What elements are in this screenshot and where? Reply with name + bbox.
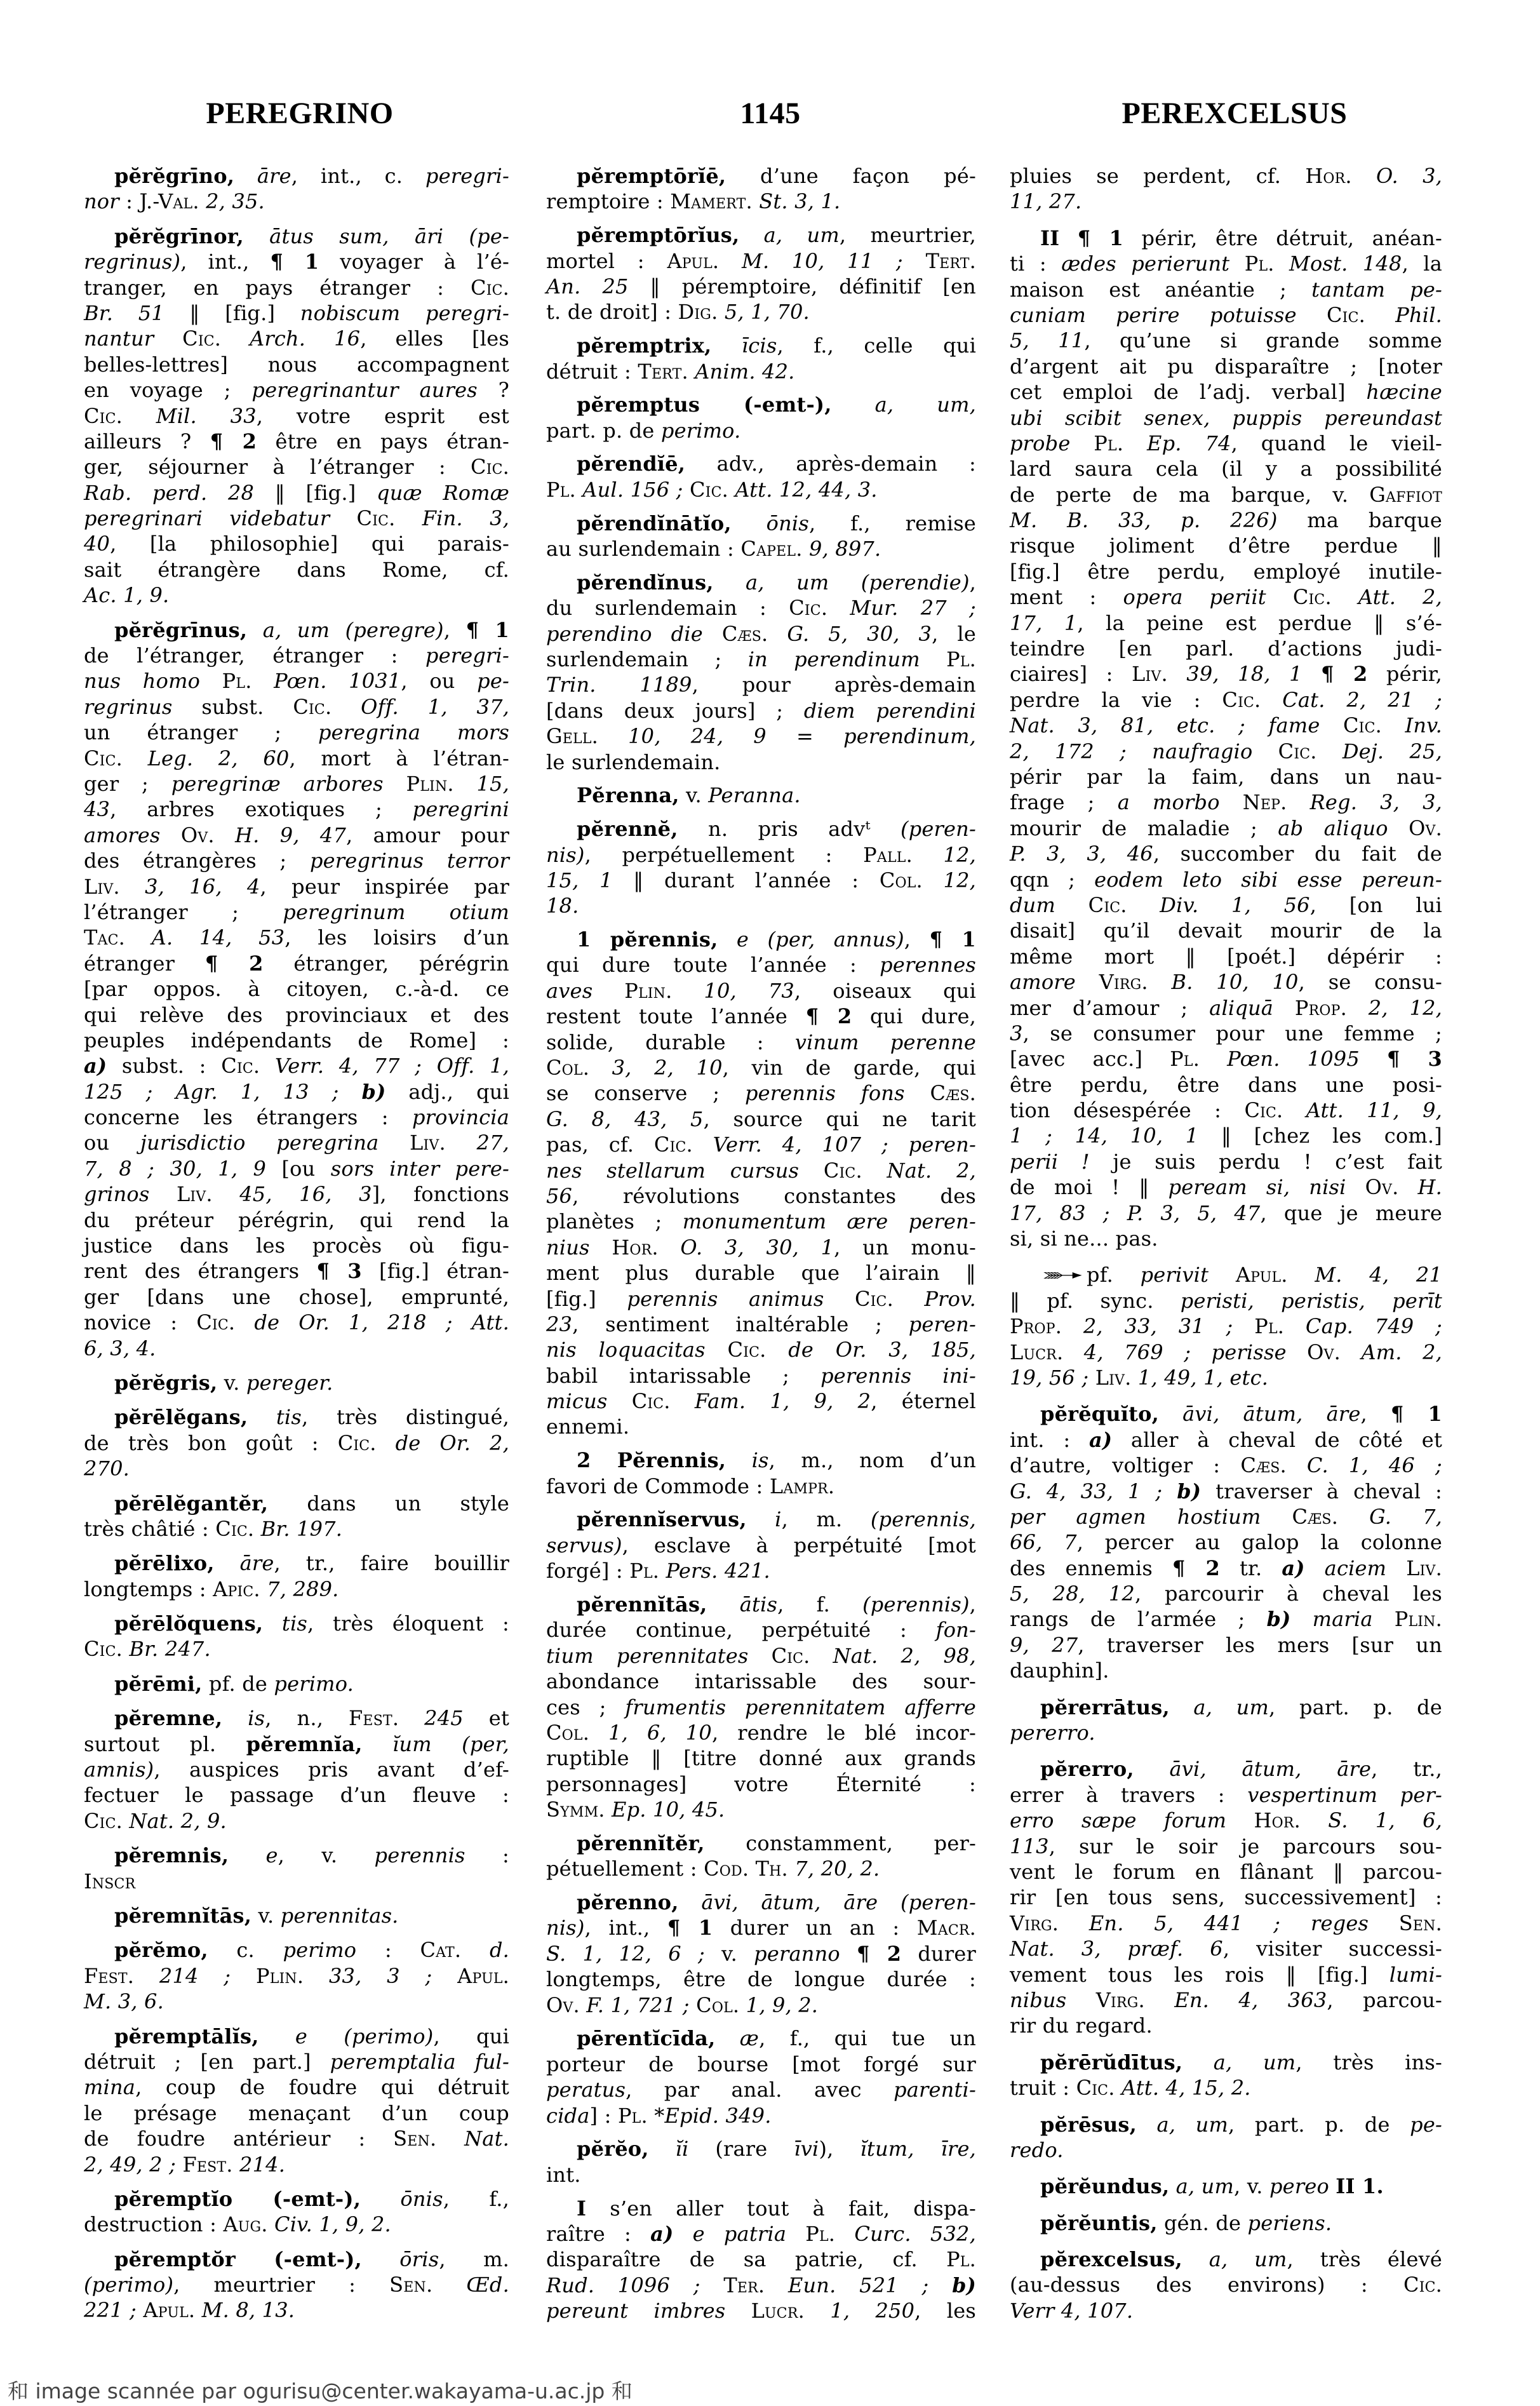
dictionary-entry: pĕrĕmo, c. perimo : Cat. d.Fest. 214 ; P… [84,1937,509,2014]
definition-text: , se consu- [1299,970,1442,994]
italic-text: 17, 1 [1010,611,1077,635]
entry-line: Rud. 1096 ; Ter. Eun. 521 ; b) [546,2273,976,2298]
author-abbreviation: Cic. [632,1389,671,1413]
italic-text: Mil. 33 [156,404,257,428]
author-abbreviation: Ov. [1409,816,1442,840]
author-abbreviation: Cic. [84,746,123,770]
headword: pĕremne, [114,1706,222,1730]
italic-text: quæ Romæ [377,481,509,505]
entry-line: nius Hor. O. 3, 30, 1, un monu- [546,1235,976,1260]
definition-text [707,1592,740,1616]
definition-text: , qu’une si grande somme [1084,328,1442,353]
entry-line: abondance intarissable des sour- [546,1669,976,1694]
entry-line: I s’en aller tout à fait, dispa- [546,2196,976,2221]
bold-marker: II 1. [1336,2174,1383,2198]
definition-text: , pour après-demain [692,673,976,697]
entry-line: 43, arbres exotiques ; peregrini [84,796,509,822]
author-abbreviation: Pl. [1094,431,1123,455]
italic-text: 2, 12, [1369,996,1442,1020]
definition-text: porteur de bourse [mot forgé sur [546,2052,976,2076]
entry-line: a) subst. : Cic. Verr. 4, 77 ; Off. 1, [84,1053,509,1079]
italic-text: ōnis [767,511,809,535]
entry-line: 18. [546,893,976,918]
author-abbreviation: Cic. [1293,585,1332,609]
definition-text [608,1389,632,1413]
entry-line: Pĕrenna, v. Peranna. [546,783,976,808]
entry-line: tranger, en pays étranger : Cic. [84,275,509,300]
definition-text: même mort ‖ [poét.] dépérir : [1010,944,1442,969]
italic-text: Verr. 4, 77 ; Off. 1, [275,1054,509,1078]
author-abbreviation: Plin. [1395,1607,1442,1631]
italic-text: En. 5, 441 ; reges [1089,1911,1369,1935]
headword: pĕrēlŏquens, [114,1611,263,1636]
italic-text: nibus [1010,1988,1066,2012]
definition-text [150,1182,177,1206]
definition-text [1365,303,1395,327]
entry-line: pĕrērŭdītus, a, um, très ins- [1010,2050,1442,2075]
italic-text: 39, 18, 1 [1186,662,1302,686]
definition-text [905,1081,930,1105]
entry-line: se conserve ; perennis fons Cæs. [546,1080,976,1106]
definition-text: qui dure toute l’année : [546,953,880,977]
italic-text: A. 14, 53 [152,925,285,950]
italic-text: peregrini [413,797,509,821]
entry-line: teindre [en parl. d’actions judi- [1010,636,1442,661]
definition-text [649,2137,676,2161]
dictionary-entry: pĕrĕundus, a, um, v. pereo II 1. [1010,2174,1442,2199]
definition-text [1287,1340,1307,1364]
italic-text: Aul. 156 ; [582,478,683,502]
definition-text [832,393,875,417]
headword: pĕrēlĕgans, [114,1405,248,1429]
entry-line: [fig.] perennis animus Cic. Prov. [546,1286,976,1312]
definition-text: ), [819,2137,860,2161]
author-abbreviation: Tac. [84,925,125,950]
italic-text: pe- [477,669,509,693]
entry-line: mortel : Apul. M. 10, 11 ; Tert. [546,248,976,274]
entry-line: Col. 1, 6, 10, rendre le blé incor- [546,1720,976,1745]
entry-line: détruit : Tert. Anim. 42. [546,359,976,384]
definition-text: disparaître de sa patrie, cf. [546,2247,946,2271]
definition-text [213,1182,239,1206]
entry-line: (au-dessus des environs) : Cic. [1010,2272,1442,2297]
author-abbreviation: Col. [546,1721,589,1745]
entry-line: amores Ov. H. 9, 47, amour pour [84,823,509,848]
definition-text: v. [217,1371,246,1395]
entry-line: ces ; frumentis perennitatem afferre [546,1695,976,1720]
entry-line: pĕremptālĭs, e (perimo), qui [84,2024,509,2049]
author-abbreviation: Virg. [1099,970,1148,994]
italic-text: Eun. 521 ; [788,2273,929,2297]
italic-text: īcis [742,333,777,358]
definition-text: v. [251,1904,281,1928]
italic-text: Most. 148 [1289,252,1402,276]
definition-text [234,164,257,188]
italic-text: perennis fons [745,1081,905,1105]
italic-text: ĭtum, īre, [860,2137,976,2161]
dictionary-entry: pĕrĕgrīno, āre, int., c. peregri-nor : J… [84,163,509,215]
definition-text: ‖ [fig.] [254,481,377,505]
italic-text: (peren- [901,817,976,841]
entry-line: dum Cic. Div. 1, 56, [on lui [1010,892,1442,918]
italic-text: perimo [283,1938,356,1962]
headword: pĕrendĭnātĭo, [577,511,732,535]
definition-text [199,189,206,213]
author-abbreviation: Inscr [84,1869,135,1893]
definition-text [1352,164,1376,188]
definition-text [589,1721,608,1745]
entry-line: Br. 51 ‖ [fig.] nobiscum peregri- [84,300,509,326]
italic-text: ab aliquo [1278,816,1388,840]
headword: pĕrennĭservus, [577,1507,747,1531]
definition-text [683,478,690,502]
dictionary-entry: pĕrērŭdītus, a, um, très ins-truit : Cic… [1010,2050,1442,2101]
headword: pĕrexcelsus, [1040,2247,1182,2271]
italic-text: redo. [1010,2138,1064,2162]
italic-text: peratus [546,2078,626,2102]
entry-line: ‖ pf. sync. peristi, peristis, perīt [1010,1288,1442,1314]
definition-text [679,1890,702,1914]
definition-text [260,1054,275,1078]
entry-line: 5, 11, qu’une si grande somme [1010,328,1442,353]
author-abbreviation: Liv. [84,875,120,899]
definition-text: , f. [777,1592,862,1616]
definition-text [229,1843,265,1867]
definition-text: , auspices pris avant d’ef- [154,1757,509,1782]
headword: 1 pĕrennis, [577,927,718,951]
entry-line: 11, 27. [1010,189,1442,214]
dictionary-entry: pĕrēlŏquens, tis, très éloquent :Cic. Br… [84,1611,509,1662]
entry-line: justice dans les procès où figu- [84,1233,509,1258]
dictionary-entry: pĕrennĕ, n. pris advᵗ (peren-nis), perpé… [546,816,976,919]
author-abbreviation: Cic. [84,404,123,428]
entry-line: tium perennitates Cic. Nat. 2, 98, [546,1643,976,1669]
italic-text: Cap. 749 ; [1306,1314,1442,1338]
italic-text: vespertinum per- [1247,1783,1442,1807]
author-abbreviation: Symm. [546,1798,605,1822]
definition-text: disait] qu’il devait mourir de la [1010,918,1442,943]
italic-text: 214. [239,2153,285,2177]
definition-text: , oiseaux qui [794,979,976,1003]
definition-text: , [970,570,976,595]
definition-text [248,1405,276,1429]
italic-text: monumentum ære peren- [683,1209,976,1233]
italic-text: is [752,1448,769,1472]
italic-text: jurisdictio peregrina [140,1131,378,1155]
entry-line: babil intarissable ; perennis ini- [546,1363,976,1388]
definition-text [1388,816,1409,840]
definition-text: d’argent ait pu disparaître ; [noter [1010,354,1442,379]
author-abbreviation: Pl. [946,2247,976,2271]
definition-text: l’étranger ; [84,900,283,924]
definition-text: favori de Commode : [546,1474,770,1498]
definition-text [1137,2113,1157,2137]
italic-text: 56 [546,1184,572,1208]
definition-text: longtemps, être de longue durée : [546,1967,976,1991]
italic-text: nius [546,1235,590,1260]
definition-text [598,724,628,748]
dictionary-entry: pĕrerro, āvi, ātum, āre, tr.,errer à tra… [1010,1756,1442,2038]
italic-text: i [775,1507,781,1531]
definition-text: peuples indépendants de Rome] : [84,1028,509,1052]
definition-text [1233,1314,1255,1338]
entry-line: rent des étrangers ¶ 3 [fig.] étran- [84,1258,509,1284]
definition-text [1287,1453,1307,1477]
definition-text [749,1644,772,1668]
definition-text: , parcourir à cheval les [1135,1582,1442,1606]
definition-text: , arbres exotiques ; [110,797,413,821]
definition-text [154,326,182,351]
entry-line: pĕrĕuntis, gén. de periens. [1010,2210,1442,2236]
definition-text: risque joliment d’être perdue ‖ [1010,534,1442,558]
definition-text [1329,2174,1336,2198]
italic-text: opera periit [1123,585,1266,609]
definition-text [252,669,274,693]
italic-text: pereunt imbres [546,2299,725,2323]
dictionary-column-1: pĕrĕgrīno, āre, int., c. peregri-nor : J… [84,163,509,2323]
definition-text: aller à cheval de côté et [1112,1428,1442,1452]
definition-text [1261,688,1282,712]
definition-text: qui relève des provinciaux et des [84,1003,509,1027]
definition-text: des ennemis [1010,1556,1172,1580]
definition-text [1284,1314,1306,1338]
definition-text [700,2273,724,2297]
author-abbreviation: Hor. [612,1235,658,1260]
entry-line: pĕrĕmo, c. perimo : Cat. d. [84,1937,509,1963]
entry-line: dauphin]. [1010,1658,1442,1683]
entry-line: 56, révolutions constantes des [546,1183,976,1209]
dictionary-entry: pĕrēsus, a, um, part. p. de pe-redo. [1010,2112,1442,2163]
definition-text: ger [dans une chose], emprunté, [84,1285,509,1309]
definition-text: , ou [401,669,477,693]
entry-line: t. de droit] : Dig. 5, 1, 70. [546,299,976,325]
definition-text: subst. : [107,1054,221,1078]
italic-text: sors inter pere- [331,1157,509,1181]
entry-line: forgé] : Pl. Pers. 421. [546,1558,976,1583]
italic-text: Reg. 3, 3, [1310,790,1442,814]
italic-text: 1 ; 14, 10, 1 [1010,1124,1198,1148]
entry-line: 2, 49, 2 ; Fest. 214. [84,2152,509,2177]
author-abbreviation: Cic. [824,1159,862,1183]
definition-text: de très bon goût : [84,1431,338,1455]
entry-line: pétuellement : Cod. Th. 7, 20, 2. [546,1856,976,1881]
entry-line: cuniam perire potuisse Cic. Phil. [1010,302,1442,328]
italic-text: An. 25 [546,274,629,299]
entry-line: l’étranger ; peregrinum otium [84,899,509,925]
headword: pĕremptrix, [577,333,711,358]
italic-text: Cat. 2, 21 ; [1282,688,1442,712]
italic-text: e (per, annus) [737,927,904,951]
headword: pĕrĕgrīno, [114,164,234,188]
author-abbreviation: J.-Val. [140,189,199,213]
headword: pĕrĕo, [577,2137,649,2161]
italic-text: pererro. [1010,1721,1095,1745]
italic-text: Œd. [466,2273,509,2297]
italic-text: (perennis, [871,1507,976,1531]
entry-line: peratus, par anal. avec parenti- [546,2077,976,2102]
entry-line: surlendemain ; in perendinum Pl. [546,647,976,672]
headword: pērentĭcīda, [577,2026,715,2050]
entry-line: sait étrangère dans Rome, cf. [84,557,509,582]
definition-text [1320,713,1344,737]
author-abbreviation: Gell. [546,724,598,748]
headword: pĕrĕuntis, [1040,2211,1158,2235]
author-abbreviation: Tert. [926,249,976,273]
definition-text [648,2104,654,2128]
author-abbreviation: Cic. [293,695,331,719]
italic-text: 43 [84,797,110,821]
definition-text: , révolutions constantes des [572,1184,976,1208]
entry-line: belles-lettres] nous accompagnent [84,352,509,377]
definition-text: ment : [1010,585,1123,609]
headword: pĕrēlĕgantĕr, [114,1491,268,1516]
subsection-label: b) [362,1080,386,1104]
dictionary-entry: pĕrēmi, pf. de perimo. [84,1671,509,1697]
definition-text: c. [208,1938,283,1962]
italic-text: O. 3, [1376,164,1442,188]
bold-marker: ¶ 3 [316,1259,361,1283]
entry-line: Tac. A. 14, 53, les loisirs d’un [84,925,509,950]
italic-text: Dej. 25, [1342,739,1442,763]
entry-line: le surlendemain. [546,749,976,775]
author-abbreviation: Apic. [213,1577,260,1601]
definition-text [123,746,148,770]
definition-text [384,772,406,796]
definition-text: , par anal. avec [626,2078,894,2102]
author-abbreviation: Cod. Th. [704,1857,788,1881]
italic-text: 2, 33, 31 ; [1083,1314,1233,1338]
entry-line: nus homo Pl. Pœn. 1031, ou pe- [84,668,509,694]
definition-text [768,622,787,646]
headword: pĕremptŏr (-emt-), [114,2247,362,2271]
italic-text: M. 10, 11 ; [742,249,903,273]
dictionary-entry: 2 Pĕrennis, is, m., nom d’unfavori de Co… [546,1448,976,1499]
definition-text: , [970,1592,976,1616]
entry-line: pērentĭcīda, æ, f., qui tue un [546,2026,976,2051]
entry-line: très châtié : Cic. Br. 197. [84,1516,509,1542]
entry-line: pĕremptĭo (-emt-), ōnis, f., [84,2186,509,2212]
dictionary-entry: pĕrerrātus, a, um, part. p. depererro. [1010,1695,1442,1746]
entry-line: 2 Pĕrennis, is, m., nom d’un [546,1448,976,1473]
author-abbreviation: Pl. [805,2222,835,2246]
dictionary-entry: pĕrēlĕgantĕr, dans un styletrès châtié :… [84,1491,509,1542]
definition-text [1373,1607,1395,1631]
entry-line: ger ; peregrinæ arbores Plin. 15, [84,771,509,796]
headword: pĕrēsus, [1040,2113,1137,2137]
entry-line: II ¶ 1 périr, être détruit, anéan- [1010,225,1442,251]
definition-text [1063,1340,1083,1364]
entry-line: Virg. En. 5, 441 ; reges Sen. [1010,1911,1442,1936]
entry-line: ennemi. [546,1414,976,1439]
italic-text: lumi- [1389,1963,1442,1987]
definition-text: raître : [546,2222,650,2246]
italic-text: Att. 11, 9, [1306,1098,1442,1122]
definition-text: restent toute l’année [546,1004,806,1028]
italic-text: periens. [1248,2211,1332,2235]
italic-text: nis) [546,1916,585,1940]
author-abbreviation: Ov. [181,823,215,847]
dictionary-entry: pĕremptōrĭus, a, um, meurtrier,mortel : … [546,222,976,325]
italic-text: de Or. 3, 185, [788,1338,976,1362]
author-abbreviation: Cic. [338,1431,377,1455]
definition-text: , coup de foudre qui détruit [135,2075,509,2099]
italic-text: 2, 172 ; naufragio [1010,739,1252,763]
definition-text: d’autre, voltiger : [1010,1453,1240,1477]
definition-text: (rare [688,2137,794,2161]
definition-text [580,1993,586,2017]
entry-line: per agmen hostium Cæs. G. 7, [1010,1504,1442,1529]
italic-text: vinum perenne [795,1030,976,1054]
italic-text: dum [1010,893,1055,917]
italic-text: Ep. 10, 45. [612,1798,725,1822]
dictionary-entry: pĕrennĭservus, i, m. (perennis,servus), … [546,1507,976,1583]
author-abbreviation: Ov. [1307,1340,1341,1364]
italic-text: peregri- [425,643,509,668]
italic-text: nes stellarum cursus [546,1159,799,1183]
definition-text [436,2127,464,2151]
entry-line: 113, sur le soir je parcours sou- [1010,1834,1442,1859]
headword: pĕrennĭtĕr, [577,1831,705,1855]
definition-text [590,1235,612,1260]
italic-text: 5, 1, 70. [725,300,810,324]
italic-text: peregrinari videbatur [84,506,330,530]
author-abbreviation: Aug. [223,2212,267,2236]
definition-text: ces ; [546,1695,625,1719]
definition-text: ‖ durant l’année : [613,868,880,892]
entry-line: d’autre, voltiger : Cæs. C. 1, 46 ; [1010,1453,1442,1478]
definition-text: , percer au galop la colonne [1077,1530,1442,1554]
definition-text: si, si ne... pas. [1010,1227,1158,1251]
definition-text [732,511,767,535]
definition-text: durée continue, perpétuité : [546,1618,936,1642]
definition-text: , un monu- [834,1235,976,1260]
entry-line: pĕrerro, āvi, ātum, āre, tr., [1010,1756,1442,1782]
definition-text: , m. [782,1507,871,1531]
definition-text: [fig.] être perdu, employé inutile- [1010,560,1442,584]
author-abbreviation: Virg. [1096,1988,1145,2012]
definition-text: voyager à l’é- [319,250,509,274]
definition-text: pf. [1087,1263,1141,1287]
definition-text: de l’étranger, étranger : [84,643,425,668]
definition-text [221,326,250,351]
definition-text: au surlendemain : [546,537,740,561]
definition-text: , vin de garde, qui [723,1056,976,1080]
definition-text [1066,1988,1095,2012]
italic-text: 1, 250 [830,2299,914,2323]
italic-text: 3 [1010,1021,1023,1045]
italic-text: perivit [1141,1263,1209,1287]
italic-text: in perendinum [748,647,920,671]
entry-line: nes stellarum cursus Cic. Nat. 2, [546,1158,976,1183]
italic-text: per agmen hostium [1010,1505,1261,1529]
headword: pĕrĕgrīnus, [114,618,247,642]
entry-line: Trin. 1189, pour après-demain [546,672,976,697]
definition-text: n. pris advᵗ [678,817,901,841]
definition-text: ger ; [84,772,171,796]
entry-line: pĕremptrix, īcis, f., celle qui [546,333,976,358]
author-abbreviation: Cic. [215,1517,254,1541]
author-abbreviation: Plin. [256,1964,304,1988]
dictionary-entry: pĕremptŏr (-emt-), ōris, m.(perimo), meu… [84,2247,509,2323]
definition-text [134,1964,159,1988]
definition-text: le surlendemain. [546,750,721,774]
definition-text [703,622,722,646]
headword: pĕrĕquĭto, [1040,1402,1159,1426]
italic-text: 1, 49, 1, etc. [1138,1366,1268,1390]
definition-text [1266,585,1293,609]
definition-text: le présage menaçant d’un coup [84,2101,509,2125]
definition-text [1076,970,1099,994]
